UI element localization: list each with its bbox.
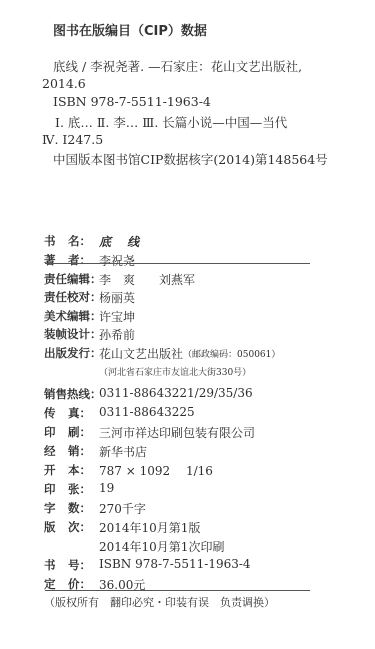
row-author: 著者： 李祝尧	[44, 252, 135, 269]
row-isbn: 书号： ISBN 978-7-5511-1963-4	[44, 557, 251, 573]
label-sheets: 印张：	[44, 481, 99, 497]
distributor-value: 新华书店	[99, 443, 147, 460]
row-art-editor: 美术编辑： 许宝坤	[44, 308, 135, 325]
label-distributor: 经销：	[44, 443, 99, 460]
row-fax: 传真： 0311-88643225	[44, 405, 195, 421]
cip-line-6: 中国版本图书馆CIP数据核字(2014)第148564号	[53, 150, 328, 168]
label-publisher: 出版发行：	[44, 345, 99, 362]
row-proofreader: 责任校对： 杨丽英	[44, 289, 135, 306]
copyright-notice: （版权所有 翻印必究・印装有误 负责调换）	[44, 594, 275, 610]
printing-value: 2014年10月第1次印刷	[99, 538, 224, 555]
book-title: 底 线	[99, 233, 145, 250]
row-sheets: 印张： 19	[44, 481, 114, 497]
row-title: 书名： 底 线	[44, 233, 145, 250]
row-sales-hotline: 销售热线： 0311-88643221/29/35/36	[44, 386, 253, 402]
cip-line-2: 2014.6	[42, 76, 86, 91]
label-format: 开本：	[44, 462, 99, 479]
label-edition: 版次：	[44, 519, 99, 536]
publisher-address: （河北省石家庄市友谊北大街330号）	[99, 365, 251, 378]
label-art-editor: 美术编辑：	[44, 308, 99, 325]
author-name: 李祝尧	[99, 252, 135, 269]
row-binding-design: 装帧设计： 孙希前	[44, 326, 135, 343]
cip-line-4: Ⅰ. 底… Ⅱ. 李… Ⅲ. 长篇小说—中国—当代	[55, 113, 287, 131]
art-editor-value: 许宝坤	[99, 308, 135, 325]
row-publisher: 出版发行： 花山文艺出版社 （邮政编码：050061）	[44, 345, 280, 362]
publisher-postcode: （邮政编码：050061）	[183, 347, 280, 362]
label-sales-hotline: 销售热线：	[44, 386, 99, 402]
cip-line-5: Ⅳ. I247.5	[42, 132, 103, 147]
label-proofreader: 责任校对：	[44, 289, 99, 306]
cip-line-3: ISBN 978-7-5511-1963-4	[53, 94, 211, 109]
row-distributor: 经销： 新华书店	[44, 443, 147, 460]
cip-heading: 图书在版编目（CIP）数据	[53, 20, 207, 39]
format-value: 787 × 1092 1/16	[99, 462, 213, 479]
row-edition: 版次： 2014年10月第1版	[44, 519, 200, 536]
row-word-count: 字数： 270千字	[44, 500, 146, 517]
divider-top	[45, 263, 310, 264]
isbn-value: ISBN 978-7-5511-1963-4	[99, 557, 251, 573]
publisher-value: 花山文艺出版社	[99, 345, 183, 362]
row-printer: 印刷： 三河市祥达印刷包装有限公司	[44, 424, 255, 441]
cip-line-1: 底线 / 李祝尧著. —石家庄：花山文艺出版社,	[53, 57, 302, 75]
row-editor: 责任编辑： 李 爽 刘燕军	[44, 271, 195, 288]
row-format: 开本： 787 × 1092 1/16	[44, 462, 213, 479]
sales-hotline-value: 0311-88643221/29/35/36	[99, 386, 253, 402]
sheets-value: 19	[99, 481, 114, 497]
label-word-count: 字数：	[44, 500, 99, 517]
word-count-value: 270千字	[99, 500, 146, 517]
label-title: 书名：	[44, 233, 99, 250]
label-editor: 责任编辑：	[44, 271, 99, 288]
label-isbn: 书号：	[44, 557, 99, 573]
label-printer: 印刷：	[44, 424, 99, 441]
fax-value: 0311-88643225	[99, 405, 195, 421]
label-fax: 传真：	[44, 405, 99, 421]
binding-design-value: 孙希前	[99, 326, 135, 343]
label-author: 著者：	[44, 252, 99, 269]
divider-bottom	[45, 590, 310, 591]
editor-value: 李 爽 刘燕军	[99, 271, 195, 288]
label-binding-design: 装帧设计：	[44, 326, 99, 343]
printer-value: 三河市祥达印刷包装有限公司	[99, 424, 255, 441]
proofreader-value: 杨丽英	[99, 289, 135, 306]
edition-value: 2014年10月第1版	[99, 519, 200, 536]
